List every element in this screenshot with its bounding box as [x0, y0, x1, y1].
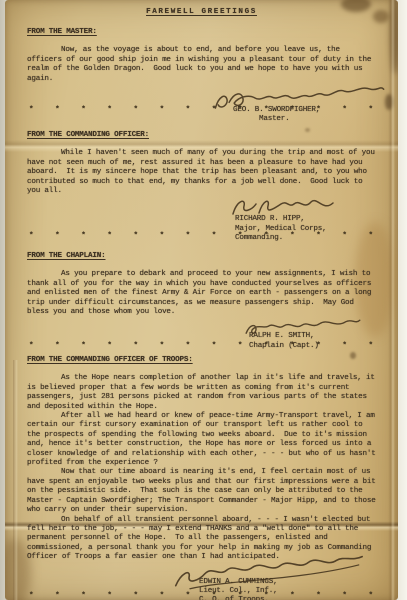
section-heading: FROM THE MASTER:	[27, 28, 376, 37]
paragraph: Now that our time aboard is nearing it's…	[27, 468, 376, 515]
paragraph: Now, as the voyage is about to end, and …	[27, 46, 376, 84]
paragraph: As you prepare to debark and proceed to …	[27, 270, 376, 317]
section-heading: FROM THE COMMANDING OFFICER:	[27, 131, 376, 140]
page-title: FAREWELL GREETINGS	[5, 8, 398, 17]
section-heading: FROM THE CHAPLAIN:	[27, 252, 376, 261]
scanned-letter-page: { "document": { "title": "FAREWELL GREET…	[0, 0, 407, 600]
paragraph: After all we had heard or knew of peace-…	[27, 412, 376, 468]
section-co-of-troops: FROM THE COMMANDING OFFICER OF TROOPS: A…	[27, 356, 376, 600]
asterisk-separator: * * * * * * * * * * * * * *	[29, 342, 385, 351]
section-heading: FROM THE COMMANDING OFFICER OF TROOPS:	[27, 356, 376, 365]
paragraph: While I haven't seen much of many of you…	[27, 149, 376, 196]
asterisk-separator: * * * * * * * * * * * * * *	[29, 232, 385, 241]
asterisk-separator: * * * * * * * * * * * * * *	[29, 106, 385, 115]
signature-scribble-co-icon	[227, 194, 376, 220]
asterisk-separator-partial: * * * * * * * * * * * * * *	[29, 592, 385, 600]
section-commanding-officer: FROM THE COMMANDING OFFICER: While I hav…	[27, 131, 376, 244]
letter-content: FAREWELL GREETINGS FROM THE MASTER: Now,…	[5, 0, 398, 600]
paragraph: As the Hope nears completion of another …	[27, 374, 376, 412]
section-chaplain: FROM THE CHAPLAIN: As you prepare to deb…	[27, 252, 376, 351]
signature-block-master: GEO. B. SWORDFIGHER, Master.	[27, 85, 376, 125]
signature-title: Master.	[259, 115, 376, 124]
